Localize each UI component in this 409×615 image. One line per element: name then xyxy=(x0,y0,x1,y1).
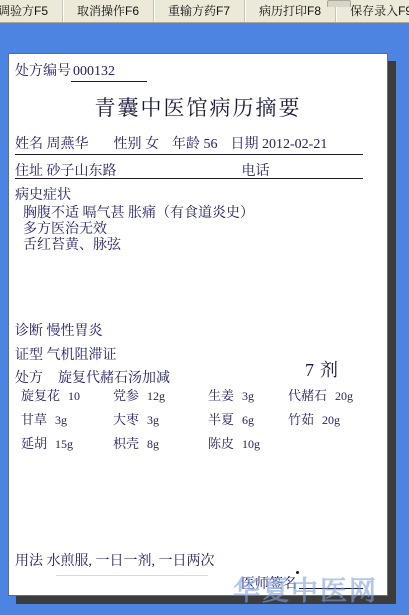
herb-amount: 20g xyxy=(335,389,353,404)
herb-name: 竹茹 xyxy=(288,409,314,428)
history-label: 病史症状 xyxy=(15,184,71,204)
herb-name: 甘草 xyxy=(21,409,47,428)
herb-amount: 15g xyxy=(55,437,73,452)
usage-row: 用法 水煎服, 一日一剂, 一日两次 xyxy=(15,550,215,570)
medical-record-sheet: 处方编号000132 青囊中医馆病历摘要 姓名 周燕华 性别 女 年龄 56 日… xyxy=(8,53,388,596)
herb-item: 旋复花10 xyxy=(21,385,113,404)
diagnosis-value: 慢性胃炎 xyxy=(47,324,103,339)
herb-list: 旋复花10 党参12g 生姜3g 代赭石20g 甘草3g 大枣3g 半夏6g 竹… xyxy=(21,382,379,454)
divider xyxy=(56,575,208,576)
divider xyxy=(15,154,363,155)
herb-name: 党参 xyxy=(113,385,139,404)
syndrome-label: 证型 xyxy=(15,348,43,363)
name-label: 姓名 xyxy=(15,137,43,152)
dose-count: 7 xyxy=(305,360,320,380)
age-label: 年龄 xyxy=(172,137,200,152)
diagnosis-row: 诊断 慢性胃炎 xyxy=(15,320,103,340)
prescription-number-value: 000132 xyxy=(71,64,147,82)
date-label: 日期 xyxy=(231,137,259,152)
diagnosis-label: 诊断 xyxy=(15,324,43,339)
herb-item: 生姜3g xyxy=(208,385,288,404)
herb-name: 大枣 xyxy=(113,409,139,428)
page-title: 青囊中医馆病历摘要 xyxy=(9,92,387,122)
herb-name: 陈皮 xyxy=(208,433,234,452)
herb-amount: 20g xyxy=(322,413,340,428)
herb-name: 旋复花 xyxy=(21,385,60,404)
herb-name: 延胡 xyxy=(21,433,47,452)
herb-item: 党参12g xyxy=(113,385,208,404)
toolbar-button-cancel[interactable]: 取消操作F6 xyxy=(63,0,154,22)
address-row: 住址 砂子山东路 电话 xyxy=(15,160,270,180)
gender-label: 性别 xyxy=(114,137,142,152)
herb-name: 生姜 xyxy=(208,385,234,404)
herb-item: 竹茹20g xyxy=(288,409,379,428)
herb-item: 大枣3g xyxy=(113,409,208,428)
herb-item: 延胡15g xyxy=(21,433,113,452)
phone-label: 电话 xyxy=(242,164,270,179)
herb-amount: 3g xyxy=(55,413,67,428)
syndrome-row: 证型 气机阻滞证 xyxy=(15,344,117,364)
herb-amount: 3g xyxy=(242,389,254,404)
herb-amount: 10 xyxy=(68,389,80,404)
background-window-fragment xyxy=(327,0,351,7)
patient-info-row: 姓名 周燕华 性别 女 年龄 56 日期 2012-02-21 xyxy=(15,133,327,153)
dose-unit: 剂 xyxy=(320,360,344,380)
gender-value: 女 xyxy=(145,137,159,152)
herb-name: 代赭石 xyxy=(288,385,327,404)
toolbar-button-print-record[interactable]: 病历打印F8 xyxy=(245,0,336,22)
history-line: 舌红苔黄、脉弦 xyxy=(23,234,121,254)
herb-item: 半夏6g xyxy=(208,409,288,428)
divider xyxy=(15,178,363,179)
name-value: 周燕华 xyxy=(47,137,89,152)
herb-item: 枳壳8g xyxy=(113,433,208,452)
herb-item: 甘草3g xyxy=(21,409,113,428)
herb-amount: 12g xyxy=(147,389,165,404)
herb-amount: 3g xyxy=(147,413,159,428)
date-value: 2012-02-21 xyxy=(262,137,327,152)
herb-amount: 6g xyxy=(242,413,254,428)
dose-count-row: 7剂 xyxy=(305,356,344,382)
usage-value: 水煎服, 一日一剂, 一日两次 xyxy=(47,554,215,569)
syndrome-value: 气机阻滞证 xyxy=(47,348,117,363)
prescription-number-label: 处方编号 xyxy=(15,64,71,79)
toolbar-button-reenter-herbs[interactable]: 重输方药F7 xyxy=(154,0,245,22)
age-value: 56 xyxy=(204,137,218,152)
address-value: 砂子山东路 xyxy=(47,164,117,179)
usage-label: 用法 xyxy=(15,554,43,569)
site-watermark: 华夏中医网 xyxy=(233,569,378,608)
herb-name: 半夏 xyxy=(208,409,234,428)
address-label: 住址 xyxy=(15,164,43,179)
prescription-number-row: 处方编号000132 xyxy=(15,60,147,82)
herb-amount: 8g xyxy=(147,437,159,452)
herb-item: 陈皮10g xyxy=(208,433,288,452)
toolbar-button-load-formula[interactable]: 调验方F5 xyxy=(0,0,63,22)
herb-item: 代赭石20g xyxy=(288,385,379,404)
herb-amount: 10g xyxy=(242,437,260,452)
herb-name: 枳壳 xyxy=(113,433,139,452)
